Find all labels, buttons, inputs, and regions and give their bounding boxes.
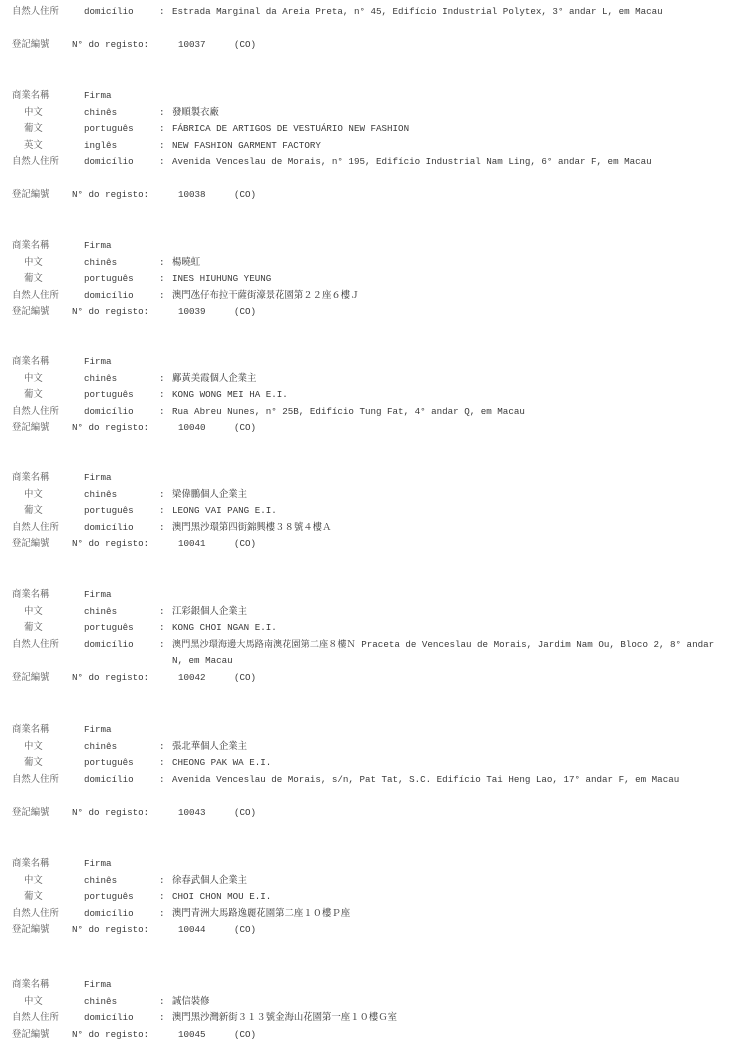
domicile-value: Avenida Venceslau de Morais, n° 195, Edi… (172, 154, 724, 171)
firm-header-row: 商業名稱 Firma (12, 238, 722, 255)
chinese-name-value: 徐春武個人企業主 (172, 873, 724, 890)
chinese-name-row: 中文 chinês : 張北華個人企業主 (12, 739, 722, 756)
portuguese-name-row: 葡文 português : CHEONG PAK WA E.I. (12, 755, 722, 772)
firm-header-row: 商業名稱 Firma (12, 470, 722, 487)
english-name-row: 英文 inglês : NEW FASHION GARMENT FACTORY (12, 138, 722, 155)
domicile-row: 自然人住所 domicílio : Avenida Venceslau de M… (12, 154, 722, 187)
portuguese-name-row: 葡文 português : KONG CHOI NGAN E.I. (12, 620, 722, 637)
domicile-value: 澳門黑沙環第四街錦興樓３８號４樓Ａ (172, 520, 724, 537)
domicile-value: 澳門黑沙灣新街３１３號金海山花園第一座１０樓Ｇ室 (172, 1010, 724, 1027)
domicile-value: Avenida Venceslau de Morais, s/n, Pat Ta… (172, 772, 724, 789)
regno-row: 登記編號 N° do registo: 10038 (CO) (12, 187, 722, 204)
regno-value: 10041 (178, 536, 206, 553)
regno-value: 10037 (178, 37, 206, 54)
regno-row: 登記編號 N° do registo: 10045 (CO) (12, 1027, 722, 1044)
domicile-row: 自然人住所 domicílio : Rua Abreu Nunes, n° 25… (12, 404, 722, 421)
firm-header-row: 商業名稱 Firma (12, 722, 722, 739)
chinese-name-row: 中文 chinês : 誠信裝修 (12, 994, 722, 1011)
portuguese-name-value: CHOI CHON MOU E.I. (172, 889, 724, 906)
registry-entry: 商業名稱 Firma 中文 chinês : 鄺黃美霞個人企業主 葡文 port… (12, 354, 722, 437)
chinese-name-row: 中文 chinês : 梁偉鵬個人企業主 (12, 487, 722, 504)
regno-value: 10039 (178, 304, 206, 321)
portuguese-name-row: 葡文 português : KONG WONG MEI HA E.I. (12, 387, 722, 404)
domicile-value: 澳門氹仔布拉干薩街濠景花園第２２座６樓Ｊ (172, 288, 724, 305)
domicile-value: 澳門青洲大馬路逸麗花園第二座１０樓Ｐ座 (172, 906, 724, 923)
registry-entry: 商業名稱 Firma 中文 chinês : 徐春武個人企業主 葡文 portu… (12, 856, 722, 939)
chinese-name-row: 中文 chinês : 徐春武個人企業主 (12, 873, 722, 890)
domicile-row: 自然人住所 domicílio : 澳門青洲大馬路逸麗花園第二座１０樓Ｐ座 (12, 906, 722, 923)
registry-entry: 商業名稱 Firma 中文 chinês : 發順製衣廠 葡文 portuguê… (12, 88, 722, 204)
domicile-row: 自然人住所 domicílio : Avenida Venceslau de M… (12, 772, 722, 805)
chinese-name-value: 誠信裝修 (172, 994, 724, 1011)
regno-value: 10038 (178, 187, 206, 204)
registry-entry: 商業名稱 Firma 中文 chinês : 楊曉虹 葡文 português … (12, 238, 722, 321)
domicile-value: 澳門黑沙環海邊大馬路南澳花園第二座８樓Ｎ Praceta de Vencesla… (172, 637, 724, 670)
chinese-name-row: 中文 chinês : 發順製衣廠 (12, 105, 722, 122)
domicile-row: 自然人住所 domicílio : 澳門黑沙環第四街錦興樓３８號４樓Ａ (12, 520, 722, 537)
english-name-value: NEW FASHION GARMENT FACTORY (172, 138, 724, 155)
domicile-label-pt: domicílio (84, 4, 134, 21)
chinese-name-value: 張北華個人企業主 (172, 739, 724, 756)
regno-row: 登記編號 N° do registo: 10042 (CO) (12, 670, 722, 687)
domicile-row: 自然人住所 domicílio : 澳門黑沙環海邊大馬路南澳花園第二座８樓Ｎ P… (12, 637, 722, 670)
registry-entry: 自然人住所 domicílio : Estrada Marginal da Ar… (12, 4, 722, 54)
regno-value: 10045 (178, 1027, 206, 1044)
regno-value: 10042 (178, 670, 206, 687)
domicile-value: Estrada Marginal da Areia Preta, n° 45, … (172, 4, 724, 21)
regno-row: 登記編號 N° do registo: 10040 (CO) (12, 420, 722, 437)
regno-value: 10043 (178, 805, 206, 822)
firm-header-row: 商業名稱 Firma (12, 856, 722, 873)
portuguese-name-row: 葡文 português : LEONG VAI PANG E.I. (12, 503, 722, 520)
chinese-name-value: 江彩銀個人企業主 (172, 604, 724, 621)
regno-row: 登記編號 N° do registo: 10044 (CO) (12, 922, 722, 939)
chinese-name-row: 中文 chinês : 楊曉虹 (12, 255, 722, 272)
chinese-name-row: 中文 chinês : 江彩銀個人企業主 (12, 604, 722, 621)
regno-row: 登記編號 N° do registo: 10039 (CO) (12, 304, 722, 321)
regno-value: 10040 (178, 420, 206, 437)
regno-value: 10044 (178, 922, 206, 939)
registry-entry: 商業名稱 Firma 中文 chinês : 梁偉鵬個人企業主 葡文 portu… (12, 470, 722, 553)
chinese-name-value: 梁偉鵬個人企業主 (172, 487, 724, 504)
portuguese-name-value: FÁBRICA DE ARTIGOS DE VESTUÁRIO NEW FASH… (172, 121, 724, 138)
portuguese-name-value: INES HIUHUNG YEUNG (172, 271, 724, 288)
chinese-name-value: 楊曉虹 (172, 255, 724, 272)
portuguese-name-value: LEONG VAI PANG E.I. (172, 503, 724, 520)
chinese-name-row: 中文 chinês : 鄺黃美霞個人企業主 (12, 371, 722, 388)
portuguese-name-row: 葡文 português : FÁBRICA DE ARTIGOS DE VES… (12, 121, 722, 138)
firm-header-row: 商業名稱 Firma (12, 977, 722, 994)
domicile-row: 自然人住所 domicílio : 澳門氹仔布拉干薩街濠景花園第２２座６樓Ｊ (12, 288, 722, 305)
regno-row: 登記編號 N° do registo: 10043 (CO) (12, 805, 722, 822)
domicile-value: Rua Abreu Nunes, n° 25B, Edifício Tung F… (172, 404, 724, 421)
portuguese-name-value: CHEONG PAK WA E.I. (172, 755, 724, 772)
domicile-label-zh: 自然人住所 (12, 4, 59, 21)
registry-entry: 商業名稱 Firma 中文 chinês : 誠信裝修 自然人住所 domicí… (12, 977, 722, 1043)
domicile-row: 自然人住所 domicílio : Estrada Marginal da Ar… (12, 4, 722, 37)
chinese-name-value: 鄺黃美霞個人企業主 (172, 371, 724, 388)
firm-header-row: 商業名稱 Firma (12, 587, 722, 604)
portuguese-name-row: 葡文 português : INES HIUHUNG YEUNG (12, 271, 722, 288)
domicile-row: 自然人住所 domicílio : 澳門黑沙灣新街３１３號金海山花園第一座１０樓… (12, 1010, 722, 1027)
firm-header-row: 商業名稱 Firma (12, 88, 722, 105)
registry-entry: 商業名稱 Firma 中文 chinês : 江彩銀個人企業主 葡文 portu… (12, 587, 722, 686)
firm-header-row: 商業名稱 Firma (12, 354, 722, 371)
portuguese-name-value: KONG CHOI NGAN E.I. (172, 620, 724, 637)
regno-row: 登記編號 N° do registo: 10041 (CO) (12, 536, 722, 553)
portuguese-name-value: KONG WONG MEI HA E.I. (172, 387, 724, 404)
portuguese-name-row: 葡文 português : CHOI CHON MOU E.I. (12, 889, 722, 906)
chinese-name-value: 發順製衣廠 (172, 105, 724, 122)
registry-entry: 商業名稱 Firma 中文 chinês : 張北華個人企業主 葡文 portu… (12, 722, 722, 821)
regno-row: 登記編號 N° do registo: 10037 (CO) (12, 37, 722, 54)
